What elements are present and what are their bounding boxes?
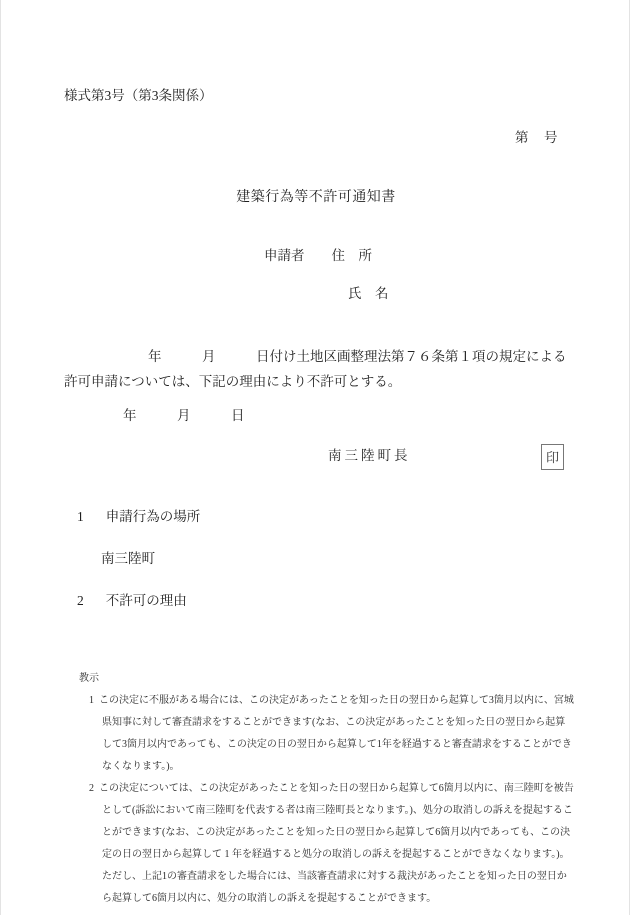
document-title: 建築行為等不許可通知書 bbox=[1, 186, 630, 206]
body-paragraph: 年 月 日付け土地区画整理法第７６条第１項の規定による許可申請については、下記の… bbox=[64, 344, 570, 394]
applicant-address-label: 住 所 bbox=[332, 248, 373, 263]
notice-item-2: 2この決定については、この決定があったことを知った日の翌日から起算して6箇月以内… bbox=[89, 778, 575, 910]
mayor-signature-line: 南三陸町長 bbox=[328, 444, 411, 464]
seal-stamp: 印 bbox=[541, 444, 564, 470]
applicant-row: 申請者住 所 bbox=[264, 244, 372, 264]
form-number: 様式第3号（第3条関係） bbox=[64, 84, 213, 104]
section-2-number: 2 bbox=[77, 593, 84, 608]
applicant-label: 申請者 bbox=[264, 248, 305, 263]
notice-heading: 教示 bbox=[79, 668, 575, 690]
section-2-title: 不許可の理由 bbox=[106, 593, 187, 608]
section-1-title: 申請行為の場所 bbox=[106, 509, 201, 524]
section-1-content: 南三陸町 bbox=[101, 547, 155, 567]
notice-item-1: 1この決定に不服がある場合には、この決定があったことを知った日の翌日から起算して… bbox=[89, 690, 575, 778]
section-1-heading: 1申請行為の場所 bbox=[77, 505, 200, 525]
applicant-name-label: 氏 名 bbox=[348, 282, 389, 302]
document-number: 第 号 bbox=[515, 126, 559, 146]
notice-item-2-text: この決定については、この決定があったことを知った日の翌日から起算して6箇月以内に… bbox=[99, 783, 574, 904]
document-page: 様式第3号（第3条関係） 第 号 建築行為等不許可通知書 申請者住 所 氏 名 … bbox=[0, 0, 630, 915]
notice-block: 教示 1この決定に不服がある場合には、この決定があったことを知った日の翌日から起… bbox=[79, 668, 575, 910]
section-1-number: 1 bbox=[77, 509, 84, 524]
notice-item-1-text: この決定に不服がある場合には、この決定があったことを知った日の翌日から起算して3… bbox=[99, 695, 574, 772]
notice-item-2-number: 2 bbox=[89, 783, 94, 794]
section-2-heading: 2不許可の理由 bbox=[77, 589, 187, 609]
notice-item-1-number: 1 bbox=[89, 695, 94, 706]
date-line: 年 月 日 bbox=[123, 404, 245, 424]
